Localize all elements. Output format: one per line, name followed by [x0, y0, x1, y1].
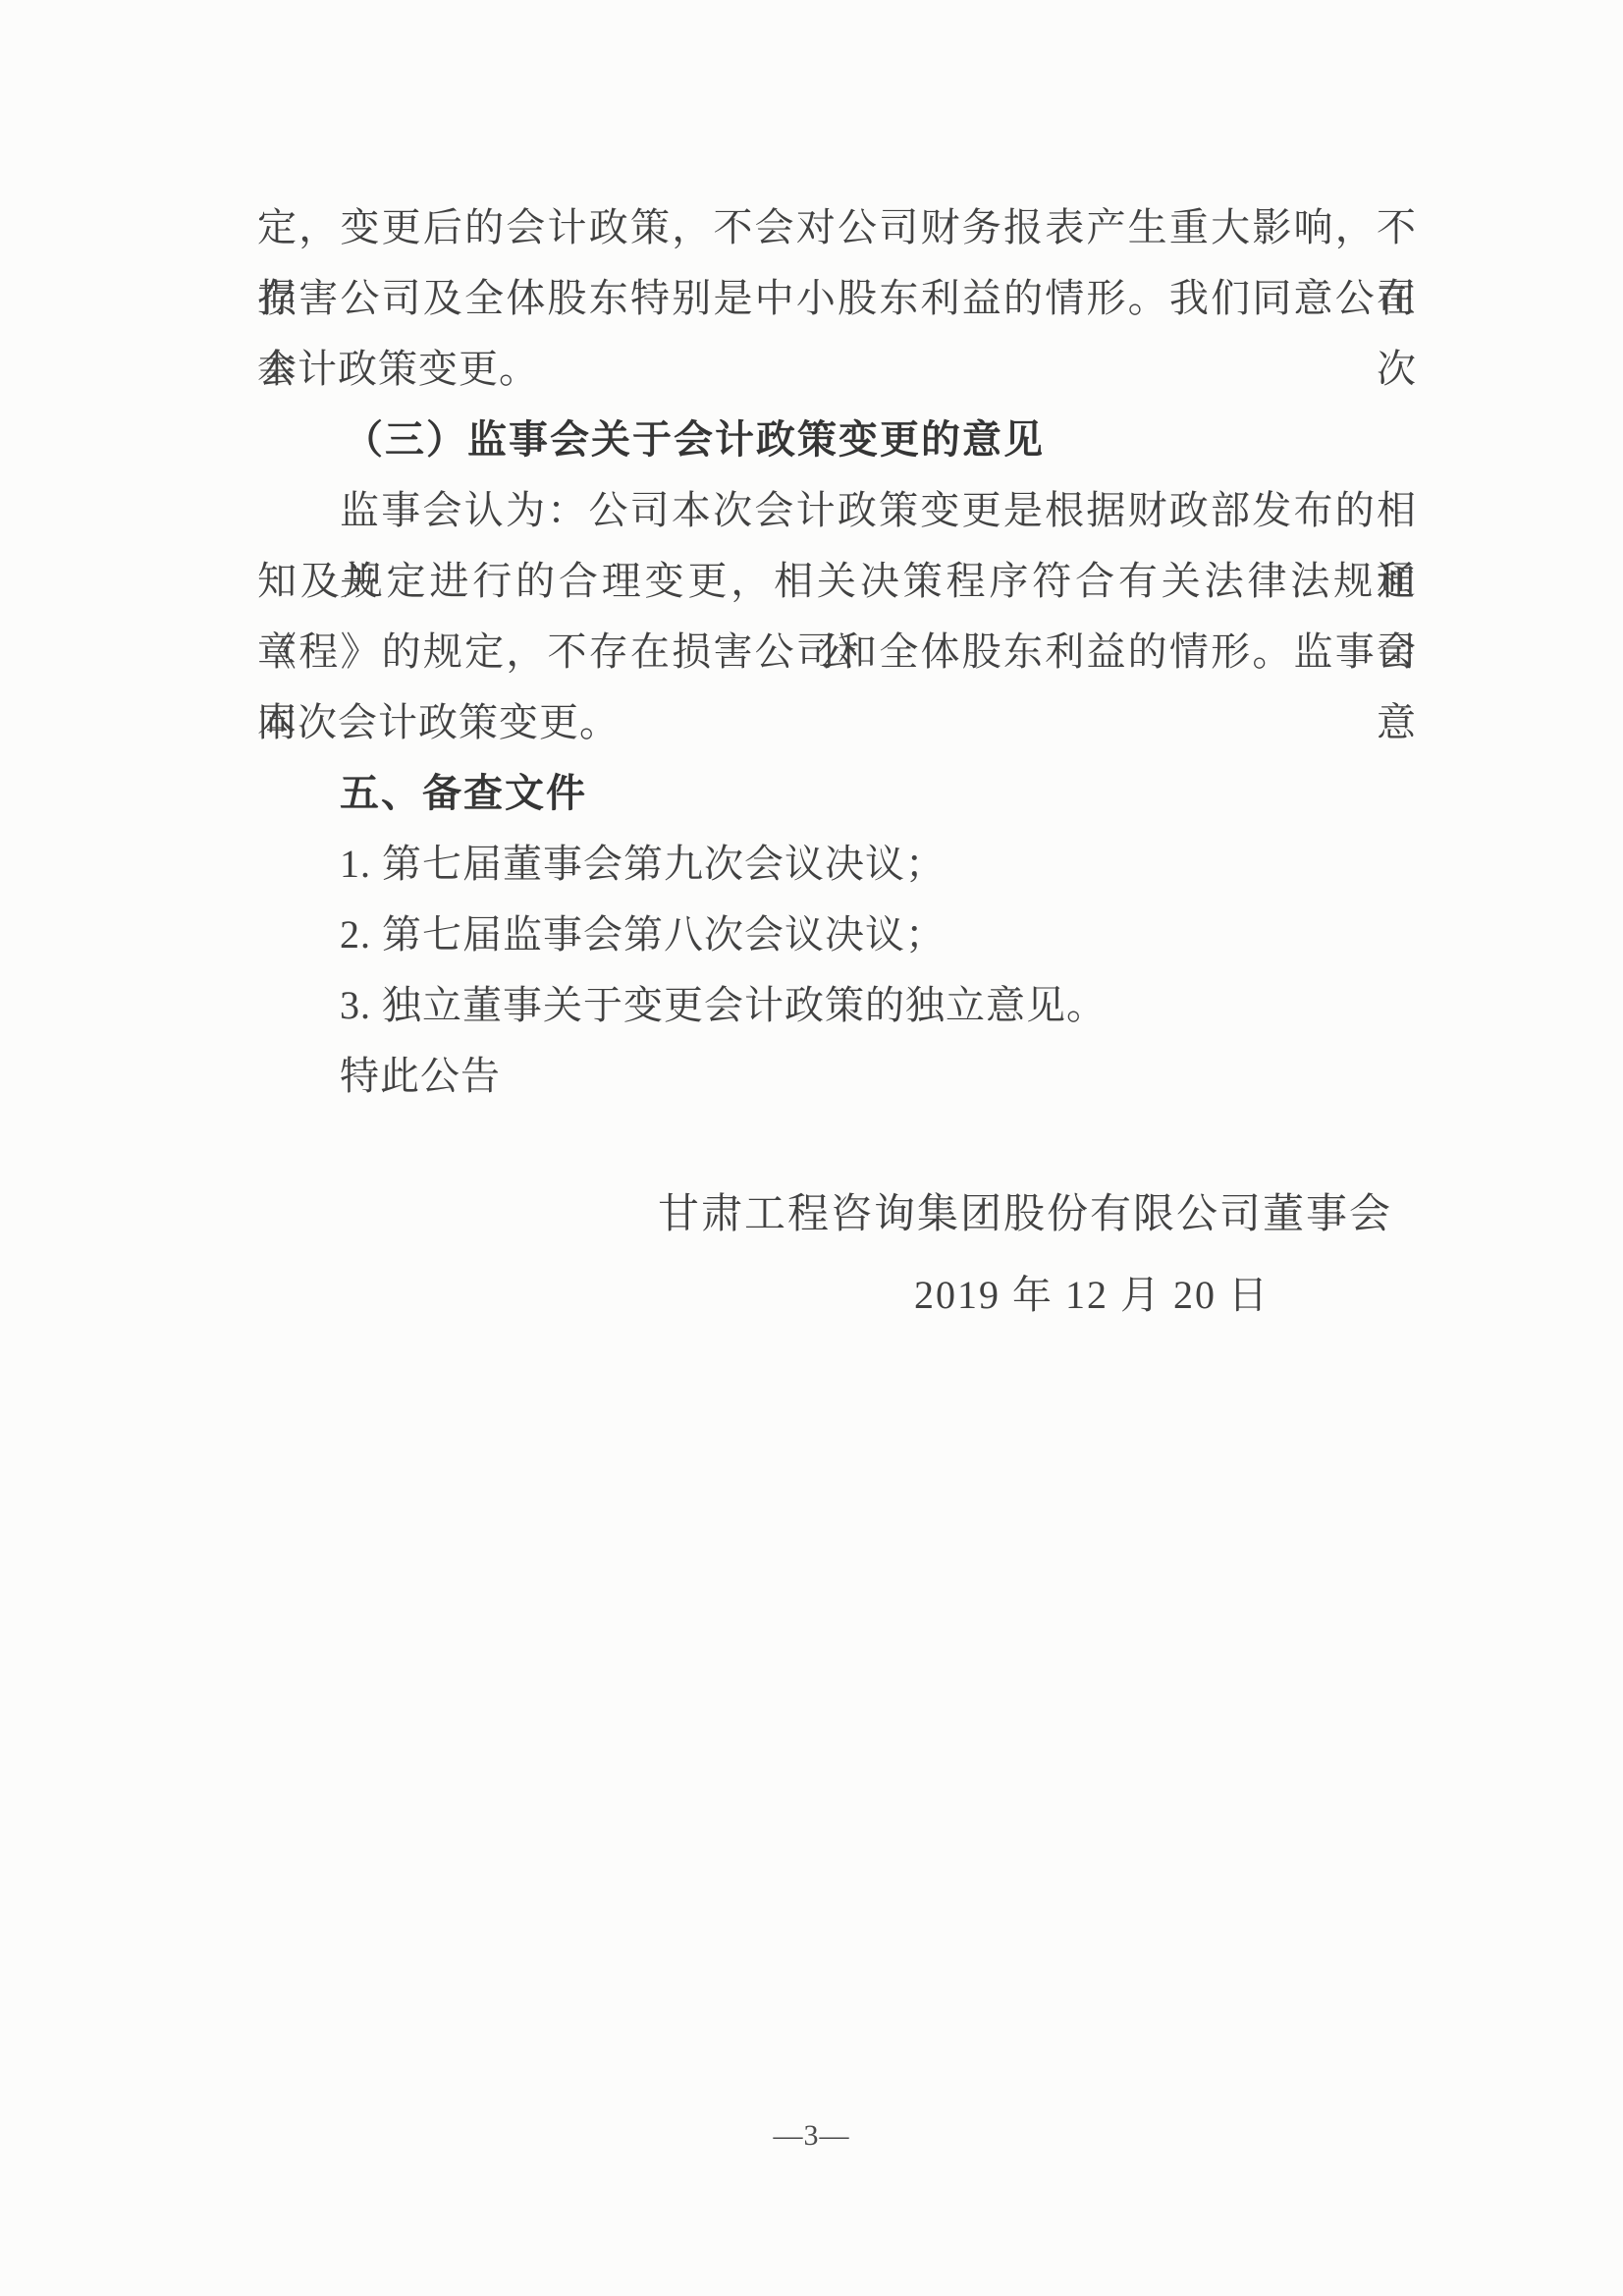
body-line: 章程》的规定，不存在损害公司和全体股东利益的情形。监事会同意: [257, 617, 1417, 687]
list-item: 2. 第七届监事会第八次会议决议；: [257, 900, 1417, 970]
signature-date: 2019 年 12 月 20 日: [257, 1260, 1417, 1331]
section-heading-supervisory-opinion: （三）监事会关于会计政策变更的意见: [257, 405, 1417, 475]
signature-company: 甘肃工程咨询集团股份有限公司董事会: [257, 1179, 1417, 1250]
section-heading-reference-documents: 五、备查文件: [257, 758, 1417, 829]
body-line: 知及规定进行的合理变更，相关决策程序符合有关法律法规和《公司: [257, 546, 1417, 617]
page-number: —3—: [0, 2119, 1623, 2153]
list-item: 1. 第七届董事会第九次会议决议；: [257, 829, 1417, 900]
body-line: 损害公司及全体股东特别是中小股东利益的情形。我们同意公司本次: [257, 263, 1417, 334]
body-line: 定，变更后的会计政策，不会对公司财务报表产生重大影响，不存在: [257, 192, 1417, 263]
list-item: 3. 独立董事关于变更会计政策的独立意见。: [257, 970, 1417, 1041]
closing-statement: 特此公告: [257, 1041, 1417, 1112]
body-line: 监事会认为：公司本次会计政策变更是根据财政部发布的相关通: [257, 475, 1417, 546]
document-page: 定，变更后的会计政策，不会对公司财务报表产生重大影响，不存在 损害公司及全体股东…: [0, 0, 1623, 2296]
document-body: 定，变更后的会计政策，不会对公司财务报表产生重大影响，不存在 损害公司及全体股东…: [257, 192, 1417, 1331]
